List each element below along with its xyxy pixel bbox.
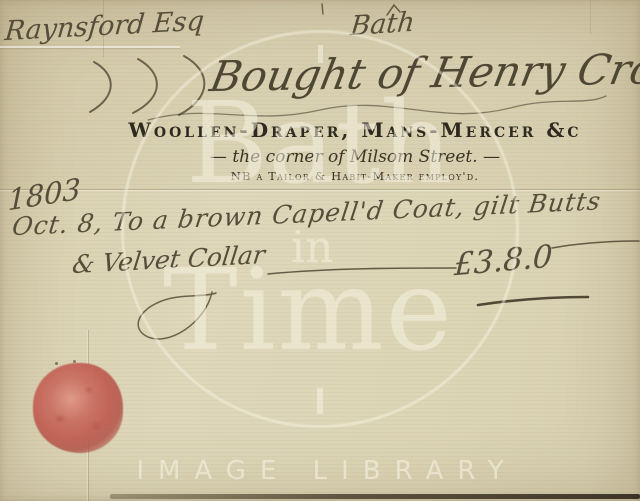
receipt-scan: Raynsford Esq Bath Bought of Henry Crook…	[0, 0, 640, 501]
bought-of-line: Bought of Henry Crook,	[207, 47, 640, 98]
ditto-dash-line2	[268, 268, 456, 274]
nota-bene-line: NB a Tailor & Habit-Maker employ'd.	[155, 169, 555, 183]
watermark-image-library-label: IMAGE LIBRARY	[0, 456, 640, 486]
trade-description-line: Woollen-Draper, Mans-Mercer &c	[110, 118, 600, 142]
entry-item-line1: Oct. 8, To a brown Capell'd Coat, gilt B…	[11, 188, 603, 239]
fold-crease-vertical-right	[590, 0, 591, 34]
ditto-dash-line1	[552, 241, 639, 248]
collar-loop-flourish	[138, 292, 216, 339]
shop-address-line: — the corner of Milsom Street. —	[140, 147, 570, 167]
ink-speck	[55, 362, 58, 365]
entry-price: £3.8.0	[453, 241, 553, 281]
entry-item-line2: & Velvet Collar	[71, 242, 267, 277]
watermark-clock-tick-6	[317, 388, 323, 414]
place-written: Bath	[349, 9, 416, 41]
fold-crease-horizontal	[0, 46, 180, 48]
ink-speck	[73, 360, 76, 363]
wax-seal	[33, 363, 123, 453]
watermark-word-in: in	[291, 226, 333, 270]
price-underline	[478, 297, 588, 305]
paper-bottom-edge-shadow	[110, 494, 640, 499]
